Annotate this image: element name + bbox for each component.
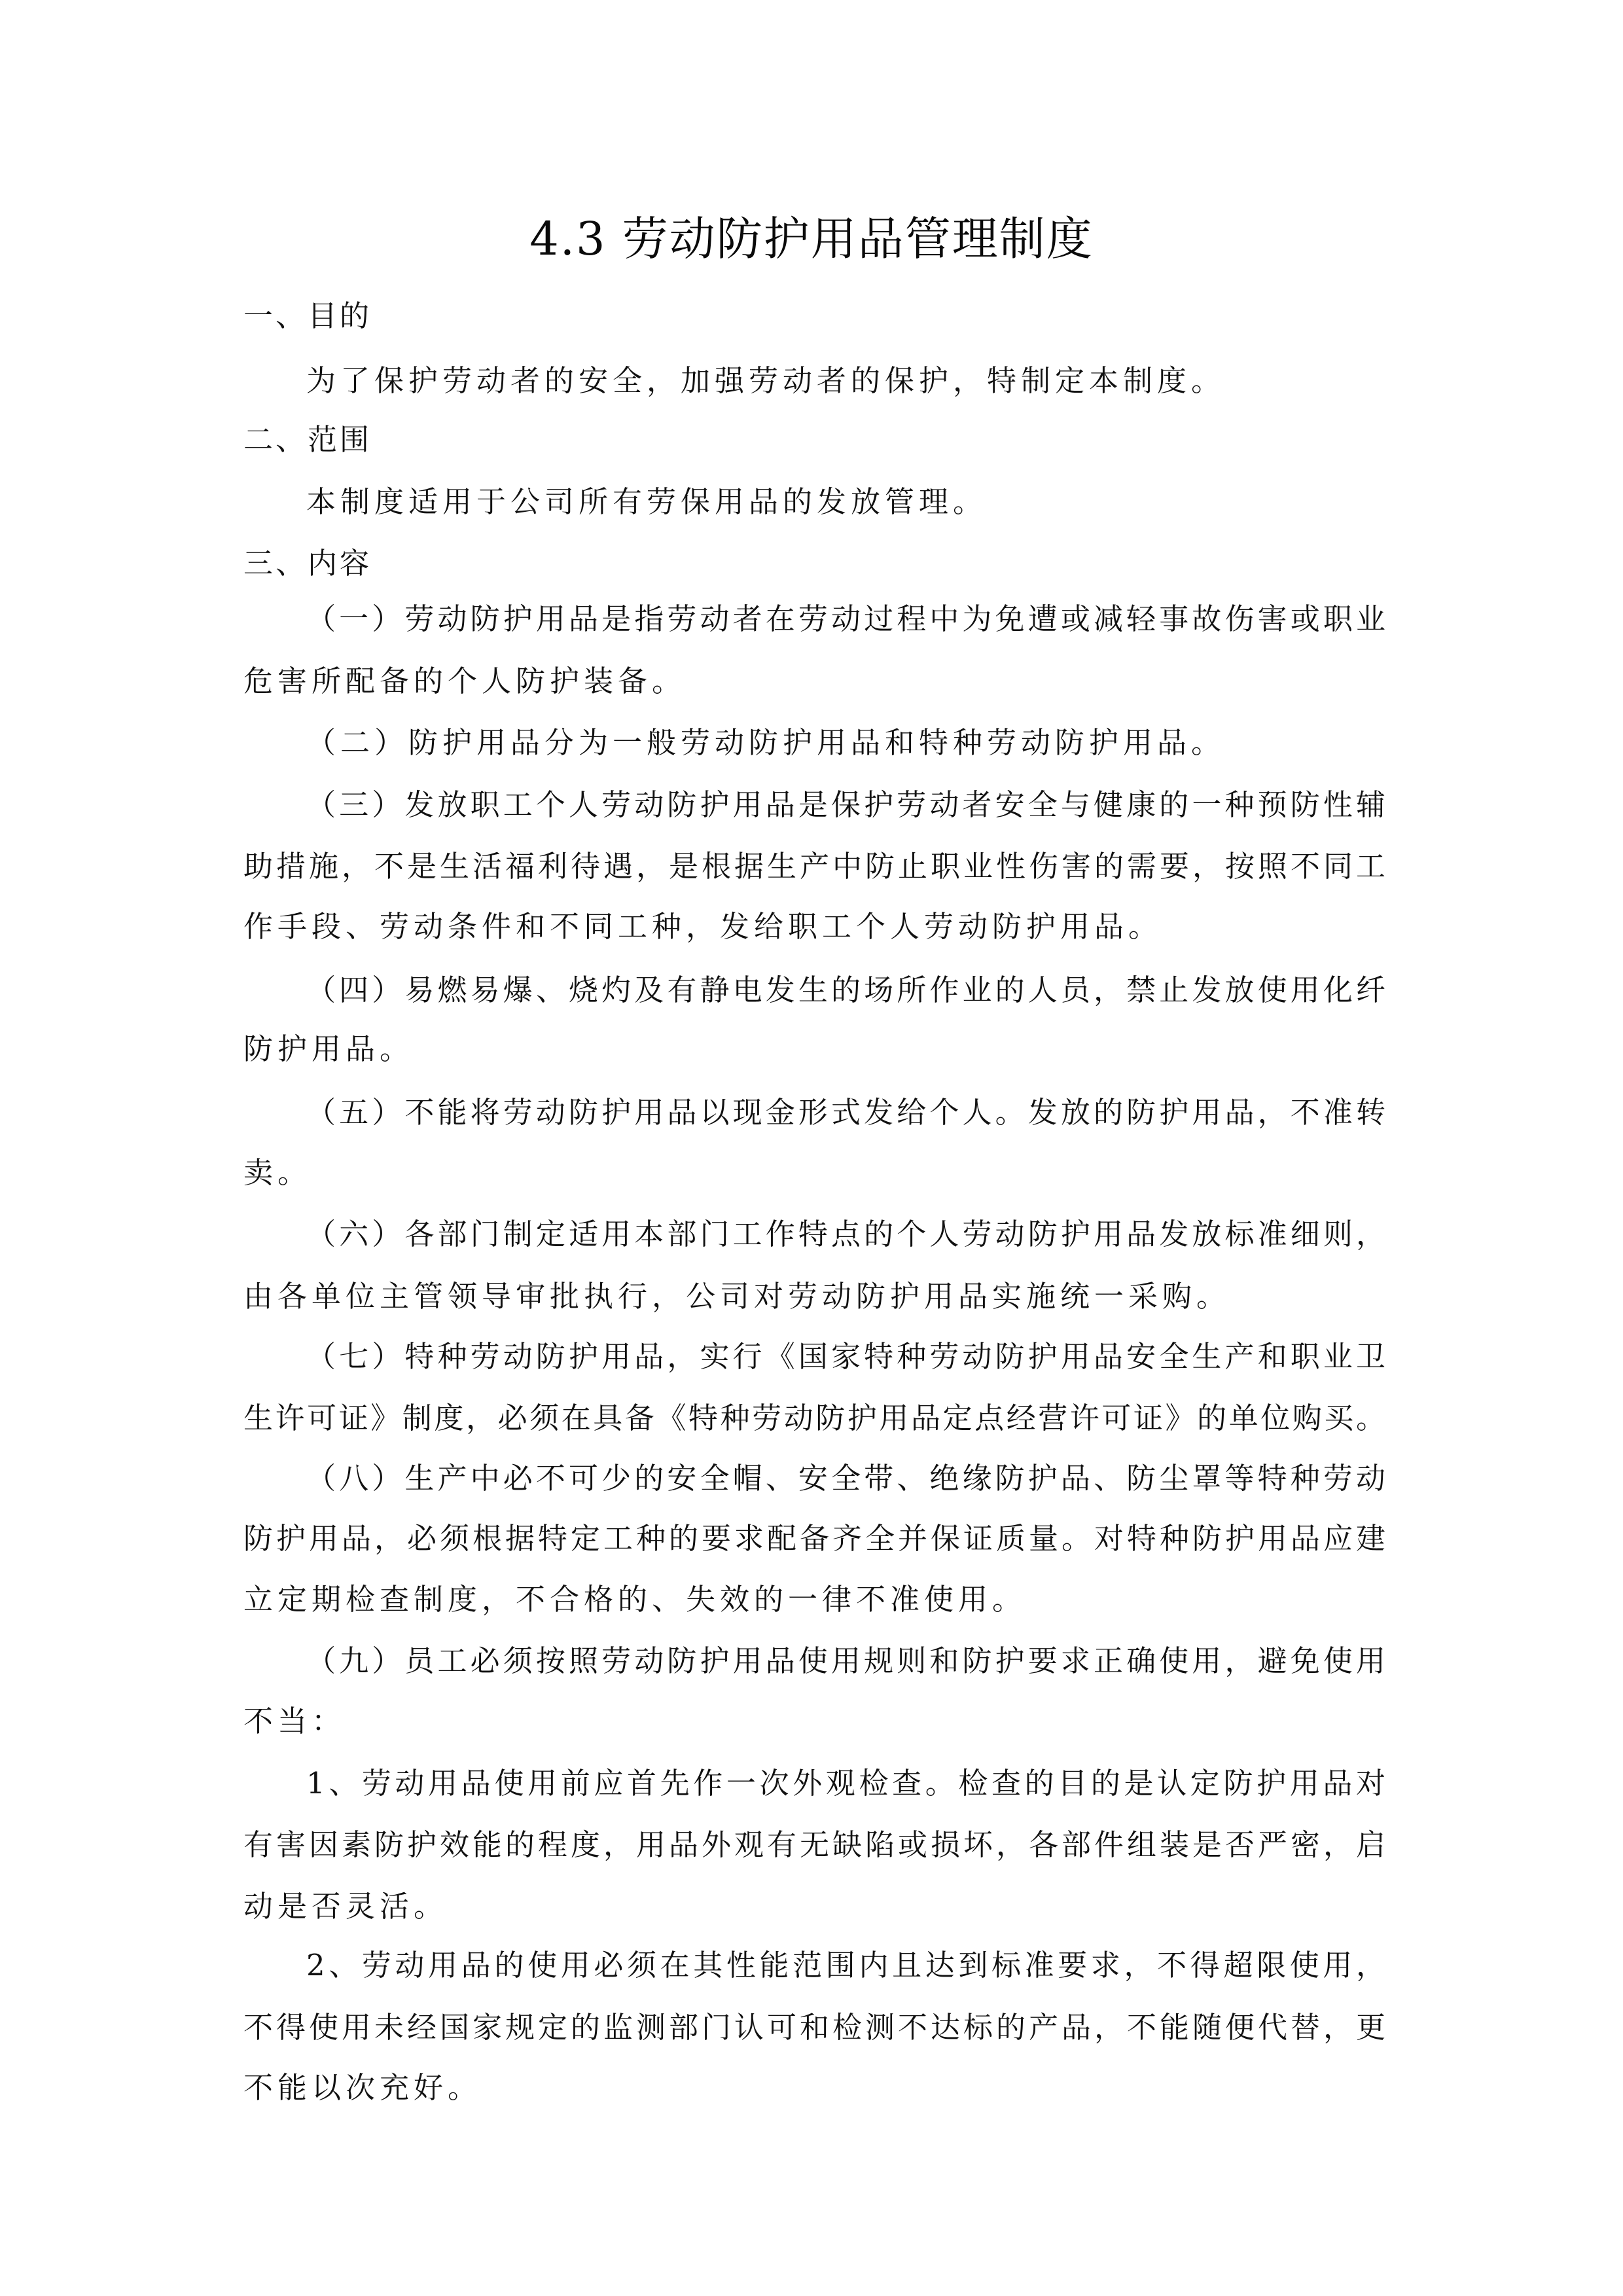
item-1-line-1: 1、劳动用品使用前应首先作一次外观检查。检查的目的是认定防护用品对 xyxy=(306,1764,1385,1803)
section-heading-content: 三、内容 xyxy=(243,544,1385,583)
item-2-line-1: 2、劳动用品的使用必须在其性能范围内且达到标准要求，不得超限使用， xyxy=(306,1946,1385,1985)
document-page: 4.3 劳动防护用品管理制度 一、目的 为了保护劳动者的安全，加强劳动者的保护，… xyxy=(0,0,1623,2296)
item-2-line-3: 不能以次充好。 xyxy=(243,2068,1385,2108)
clause-5-line-1: （五）不能将劳动防护用品以现金形式发给个人。发放的防护用品，不准转 xyxy=(306,1093,1385,1132)
item-1-line-2: 有害因素防护效能的程度，用品外观有无缺陷或损坏，各部件组装是否严密，启 xyxy=(243,1825,1385,1865)
clause-1-line-2: 危害所配备的个人防护装备。 xyxy=(243,662,1385,701)
paragraph-purpose: 为了保护劳动者的安全，加强劳动者的保护，特制定本制度。 xyxy=(306,361,1385,401)
clause-7-line-1: （七）特种劳动防护用品，实行《国家特种劳动防护用品安全生产和职业卫 xyxy=(306,1337,1385,1376)
clause-8-line-2: 防护用品，必须根据特定工种的要求配备齐全并保证质量。对特种防护用品应建 xyxy=(243,1519,1385,1558)
clause-7-line-2: 生许可证》制度，必须在具备《特种劳动防护用品定点经营许可证》的单位购买。 xyxy=(243,1399,1385,1438)
clause-1-line-1: （一）劳动防护用品是指劳动者在劳动过程中为免遭或减轻事故伤害或职业 xyxy=(306,600,1385,639)
clause-2-line-1: （二）防护用品分为一般劳动防护用品和特种劳动防护用品。 xyxy=(306,723,1385,762)
clause-6-line-2: 由各单位主管领导审批执行，公司对劳动防护用品实施统一采购。 xyxy=(243,1277,1385,1316)
clause-5-line-2: 卖。 xyxy=(243,1153,1385,1193)
clause-8-line-1: （八）生产中必不可少的安全帽、安全带、绝缘防护品、防尘罩等特种劳动 xyxy=(306,1459,1385,1498)
item-1-line-3: 动是否灵活。 xyxy=(243,1887,1385,1926)
clause-8-line-3: 立定期检查制度，不合格的、失效的一律不准使用。 xyxy=(243,1580,1385,1619)
clause-6-line-1: （六）各部门制定适用本部门工作特点的个人劳动防护用品发放标准细则， xyxy=(306,1215,1385,1254)
clause-9-line-1: （九）员工必须按照劳动防护用品使用规则和防护要求正确使用，避免使用 xyxy=(306,1641,1385,1681)
item-2-line-2: 不得使用未经国家规定的监测部门认可和检测不达标的产品，不能随便代替，更 xyxy=(243,2008,1385,2047)
clause-3-line-2: 助措施，不是生活福利待遇，是根据生产中防止职业性伤害的需要，按照不同工 xyxy=(243,847,1385,886)
section-heading-scope: 二、范围 xyxy=(243,420,1385,459)
paragraph-scope: 本制度适用于公司所有劳保用品的发放管理。 xyxy=(306,482,1385,522)
section-heading-purpose: 一、目的 xyxy=(243,296,1385,336)
clause-9-line-2: 不当： xyxy=(243,1702,1385,1741)
clause-4-line-2: 防护用品。 xyxy=(243,1030,1385,1069)
document-title: 4.3 劳动防护用品管理制度 xyxy=(0,208,1623,270)
clause-3-line-3: 作手段、劳动条件和不同工种，发给职工个人劳动防护用品。 xyxy=(243,907,1385,946)
clause-3-line-1: （三）发放职工个人劳动防护用品是保护劳动者安全与健康的一种预防性辅 xyxy=(306,785,1385,825)
clause-4-line-1: （四）易燃易爆、烧灼及有静电发生的场所作业的人员，禁止发放使用化纤 xyxy=(306,971,1385,1010)
